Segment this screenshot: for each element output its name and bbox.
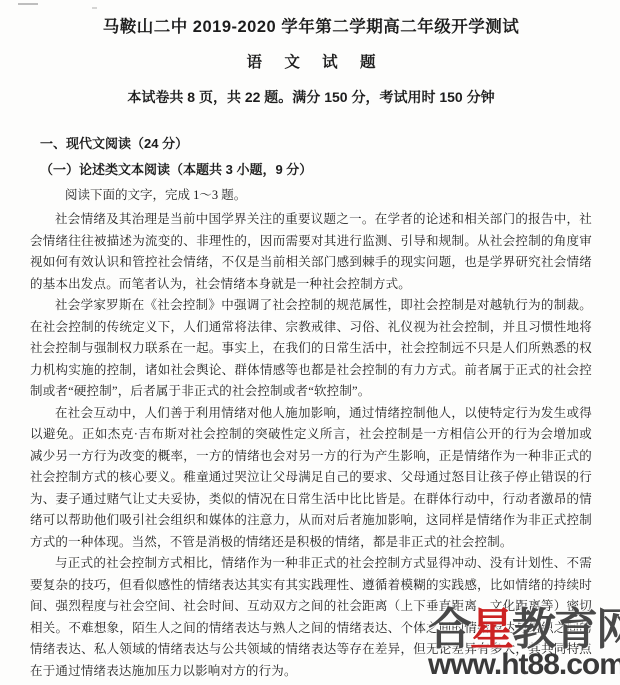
- exam-info: 本试卷共 8 页，共 22 题。满分 150 分，考试用时 150 分钟: [30, 88, 592, 106]
- exam-header: 马鞍山二中 2019-2020 学年第二学期高二年级开学测试 语 文 试 题 本…: [30, 16, 592, 106]
- subsection-heading-argumentative-text: （一）论述类文本阅读（本题共 3 小题，9 分）: [40, 161, 592, 179]
- passage-paragraph-4: 与正式的社会控制方式相比，情绪作为一种非正式的社会控制方式显得冲动、没有计划性、…: [30, 553, 592, 682]
- exam-title: 马鞍山二中 2019-2020 学年第二学期高二年级开学测试: [30, 16, 592, 38]
- reading-instruction: 阅读下面的文字，完成 1～3 题。: [40, 186, 592, 204]
- scan-artifact: [18, 3, 38, 5]
- page-content: 马鞍山二中 2019-2020 学年第二学期高二年级开学测试 语 文 试 题 本…: [0, 0, 620, 682]
- passage: 社会情绪及其治理是当前中国学界关注的重要议题之一。在学者的论述和相关部门的报告中…: [30, 209, 592, 682]
- passage-paragraph-2: 社会学家罗斯在《社会控制》中强调了社会控制的规范属性，即社会控制是对越轨行为的制…: [30, 295, 592, 403]
- passage-paragraph-1: 社会情绪及其治理是当前中国学界关注的重要议题之一。在学者的论述和相关部门的报告中…: [30, 209, 592, 295]
- section-heading-modern-reading: 一、现代文阅读（24 分）: [40, 135, 592, 153]
- scan-artifact: [92, 7, 97, 9]
- exam-body: 一、现代文阅读（24 分） （一）论述类文本阅读（本题共 3 小题，9 分） 阅…: [30, 135, 592, 682]
- exam-page: 马鞍山二中 2019-2020 学年第二学期高二年级开学测试 语 文 试 题 本…: [0, 0, 620, 685]
- exam-subject: 语 文 试 题: [30, 53, 592, 73]
- passage-paragraph-3: 在社会互动中，人们善于利用情绪对他人施加影响，通过情绪控制他人，以使特定行为发生…: [30, 403, 592, 554]
